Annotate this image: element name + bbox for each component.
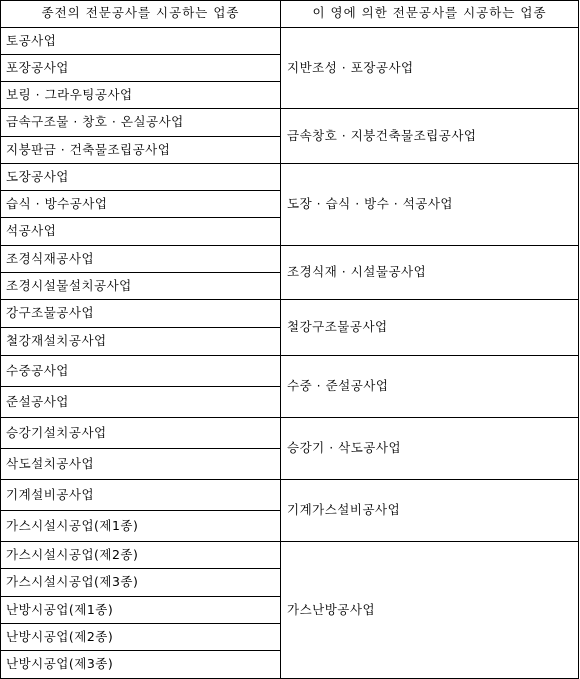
new-category-cell: 도장 · 습식 · 방수 · 석공사업	[281, 164, 578, 245]
old-category-cell: 도장공사업	[0, 164, 280, 190]
row-divider	[0, 479, 579, 480]
table-border-top	[0, 0, 579, 1]
row-divider	[0, 510, 281, 511]
table-border-right	[578, 0, 579, 679]
column-divider	[280, 0, 281, 679]
old-category-cell: 금속구조물 · 창호 · 온실공사업	[0, 109, 280, 136]
old-category-cell: 지붕판금 · 건축물조립공사업	[0, 137, 280, 163]
old-category-cell: 기계설비공사업	[0, 480, 280, 510]
new-category-cell: 가스난방공사업	[281, 542, 578, 678]
old-category-cell: 토공사업	[0, 28, 280, 54]
old-category-cell: 난방시공업(제2종)	[0, 624, 280, 650]
old-category-cell: 삭도설치공사업	[0, 449, 280, 479]
new-category-cell: 금속창호 · 지붕건축물조립공사업	[281, 109, 578, 163]
old-category-cell: 승강기설치공사업	[0, 418, 280, 448]
new-category-cell: 수중 · 준설공사업	[281, 356, 578, 417]
row-divider	[0, 272, 281, 273]
row-divider	[0, 81, 281, 82]
old-category-cell: 강구조물공사업	[0, 300, 280, 327]
old-category-cell: 가스시설시공업(제2종)	[0, 542, 280, 568]
old-category-cell: 가스시설시공업(제1종)	[0, 511, 280, 541]
row-divider	[0, 327, 281, 328]
row-divider	[0, 163, 579, 164]
row-divider	[0, 27, 579, 28]
row-divider	[0, 299, 579, 300]
row-divider	[0, 417, 579, 418]
old-category-cell: 조경식재공사업	[0, 246, 280, 272]
row-divider	[0, 136, 281, 137]
old-category-cell: 난방시공업(제1종)	[0, 597, 280, 623]
table-border-left	[0, 0, 1, 679]
new-category-cell: 조경식재 · 시설물공사업	[281, 246, 578, 299]
old-category-cell: 조경시설물설치공사업	[0, 273, 280, 299]
row-divider	[0, 54, 281, 55]
old-category-cell: 보링 · 그라우팅공사업	[0, 82, 280, 108]
row-divider	[0, 623, 281, 624]
old-category-cell: 가스시설시공업(제3종)	[0, 569, 280, 596]
mapping-table: 종전의 전문공사를 시공하는 업종 이 영에 의한 전문공사를 시공하는 업종 …	[0, 0, 578, 678]
new-category-cell: 기계가스설비공사업	[281, 480, 578, 541]
row-divider	[0, 108, 579, 109]
old-category-cell: 석공사업	[0, 218, 280, 245]
row-divider	[0, 190, 281, 191]
row-divider	[0, 386, 281, 387]
header-old-category: 종전의 전문공사를 시공하는 업종	[0, 0, 281, 27]
row-divider	[0, 650, 281, 651]
old-category-cell: 습식 · 방수공사업	[0, 191, 280, 217]
row-divider	[0, 596, 281, 597]
row-divider	[0, 568, 281, 569]
row-divider	[0, 448, 281, 449]
header-new-category: 이 영에 의한 전문공사를 시공하는 업종	[281, 0, 578, 27]
old-category-cell: 포장공사업	[0, 55, 280, 81]
new-category-cell: 지반조성 · 포장공사업	[281, 28, 578, 108]
row-divider	[0, 355, 579, 356]
old-category-cell: 수중공사업	[0, 356, 280, 386]
old-category-cell: 철강재설치공사업	[0, 328, 280, 355]
old-category-cell: 난방시공업(제3종)	[0, 651, 280, 678]
old-category-cell: 준설공사업	[0, 387, 280, 417]
new-category-cell: 승강기 · 삭도공사업	[281, 418, 578, 479]
row-divider	[0, 541, 579, 542]
row-divider	[0, 217, 281, 218]
new-category-cell: 철강구조물공사업	[281, 300, 578, 355]
row-divider	[0, 245, 579, 246]
